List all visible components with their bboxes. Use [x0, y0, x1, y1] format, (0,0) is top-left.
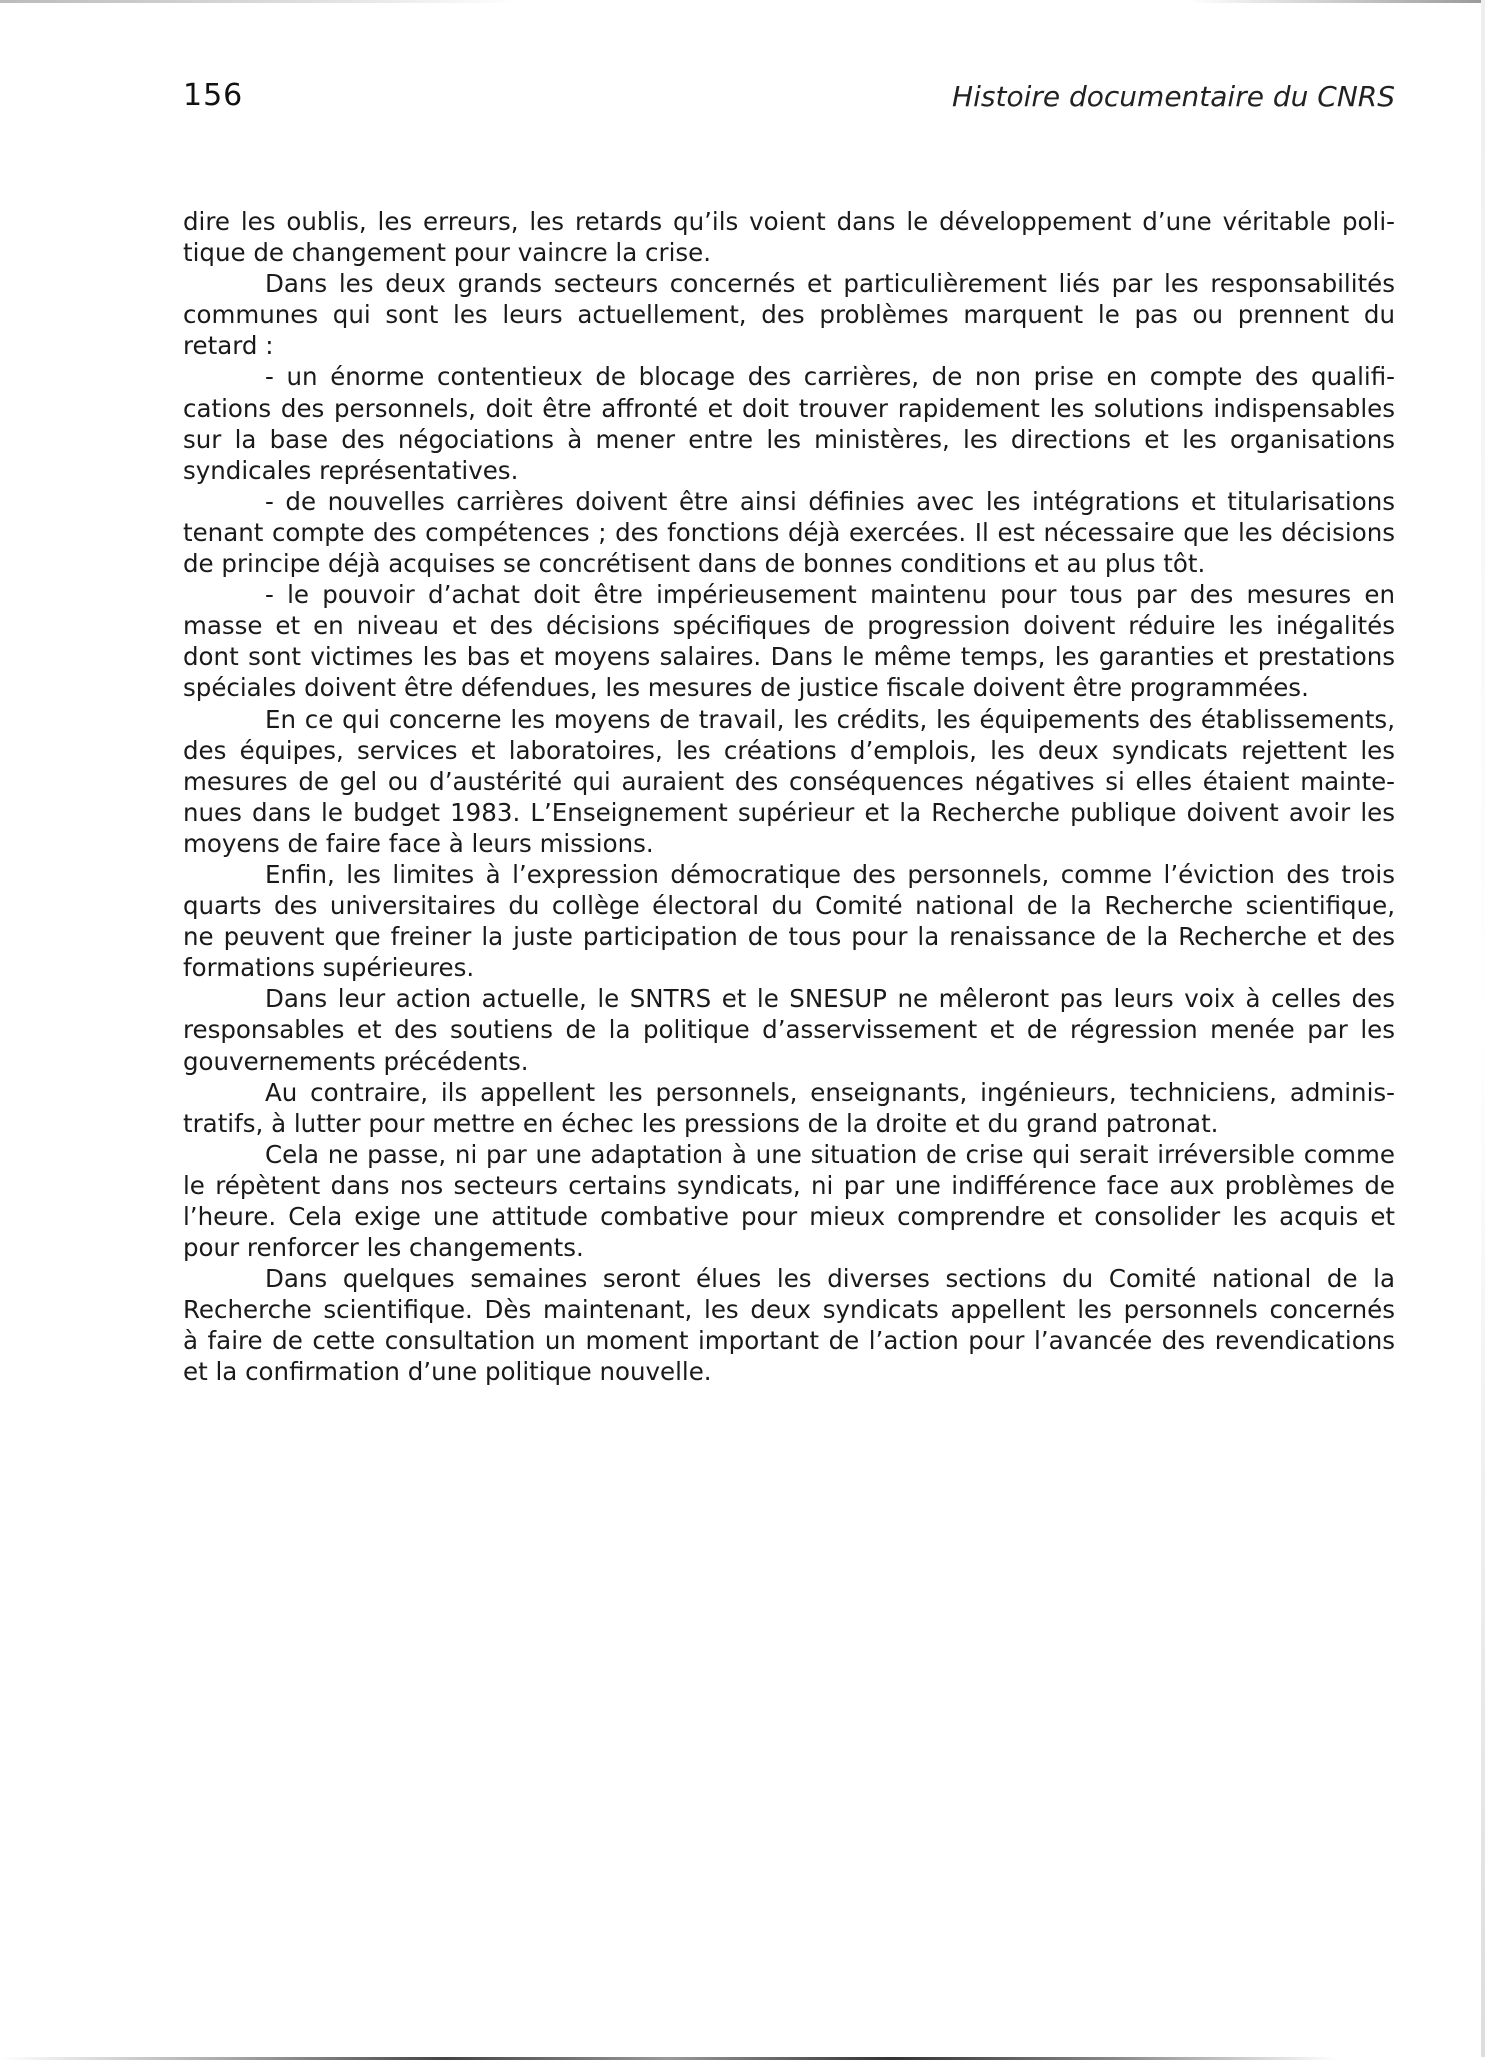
text-line: quarts des universitaires du collège éle… [183, 894, 1395, 919]
text-line: mesures de gel ou d’austérité qui auraie… [183, 770, 1395, 795]
body-text: dire les oublis, les erreurs, les retard… [183, 210, 1395, 1392]
text-line: Cela ne passe, ni par une adaptation à u… [183, 1143, 1395, 1168]
text-line: le répètent dans nos secteurs certains s… [183, 1174, 1395, 1199]
text-line: ne peuvent que freiner la juste particip… [183, 925, 1395, 950]
text-line: dont sont victimes les bas et moyens sal… [183, 645, 1395, 670]
text-line: Au contraire, ils appellent les personne… [183, 1081, 1395, 1106]
text-line: - le pouvoir d’achat doit être impérieus… [183, 583, 1395, 608]
text-line: spéciales doivent être défendues, les me… [183, 676, 1395, 701]
scan-edge-right [1481, 0, 1485, 2060]
text-line: pour renforcer les changements. [183, 1236, 1395, 1261]
running-title: Histoire documentaire du CNRS [952, 80, 1395, 113]
text-line: En ce qui concerne les moyens de travail… [183, 708, 1395, 733]
text-line: sur la base des négociations à mener ent… [183, 428, 1395, 453]
text-line: formations supérieures. [183, 956, 1395, 981]
page-number: 156 [183, 78, 243, 113]
text-line: dire les oublis, les erreurs, les retard… [183, 210, 1395, 235]
text-line: tique de changement pour vaincre la cris… [183, 241, 1395, 266]
text-line: syndicales représentatives. [183, 459, 1395, 484]
text-line: et la confirmation d’une politique nouve… [183, 1360, 1395, 1385]
text-lines: dire les oublis, les erreurs, les retard… [183, 210, 1395, 1385]
text-line: tratifs, à lutter pour mettre en échec l… [183, 1112, 1395, 1137]
text-line: - un énorme contentieux de blocage des c… [183, 365, 1395, 390]
text-line: gouvernements précédents. [183, 1050, 1395, 1075]
running-header: 156 Histoire documentaire du CNRS [183, 78, 1395, 118]
text-line: responsables et des soutiens de la polit… [183, 1018, 1395, 1043]
text-line: cations des personnels, doit être affron… [183, 397, 1395, 422]
text-line: Dans quelques semaines seront élues les … [183, 1267, 1395, 1292]
text-line: à faire de cette consultation un moment … [183, 1329, 1395, 1354]
text-line: communes qui sont les leurs actuellement… [183, 303, 1395, 328]
text-line: Recherche scientifique. Dès maintenant, … [183, 1298, 1395, 1323]
text-line: l’heure. Cela exige une attitude combati… [183, 1205, 1395, 1230]
text-line: des équipes, services et laboratoires, l… [183, 739, 1395, 764]
text-line: Enfin, les limites à l’expression démocr… [183, 863, 1395, 888]
text-line: tenant compte des compétences ; des fonc… [183, 521, 1395, 546]
text-line: retard : [183, 334, 1395, 359]
text-line: nues dans le budget 1983. L’Enseignement… [183, 801, 1395, 826]
text-line: masse et en niveau et des décisions spéc… [183, 614, 1395, 639]
text-line: de principe déjà acquises se concrétisen… [183, 552, 1395, 577]
text-line: Dans leur action actuelle, le SNTRS et l… [183, 987, 1395, 1012]
text-line: Dans les deux grands secteurs concernés … [183, 272, 1395, 297]
scan-edge-top [0, 0, 1485, 3]
text-line: moyens de faire face à leurs missions. [183, 832, 1395, 857]
text-line: - de nouvelles carrières doivent être ai… [183, 490, 1395, 515]
